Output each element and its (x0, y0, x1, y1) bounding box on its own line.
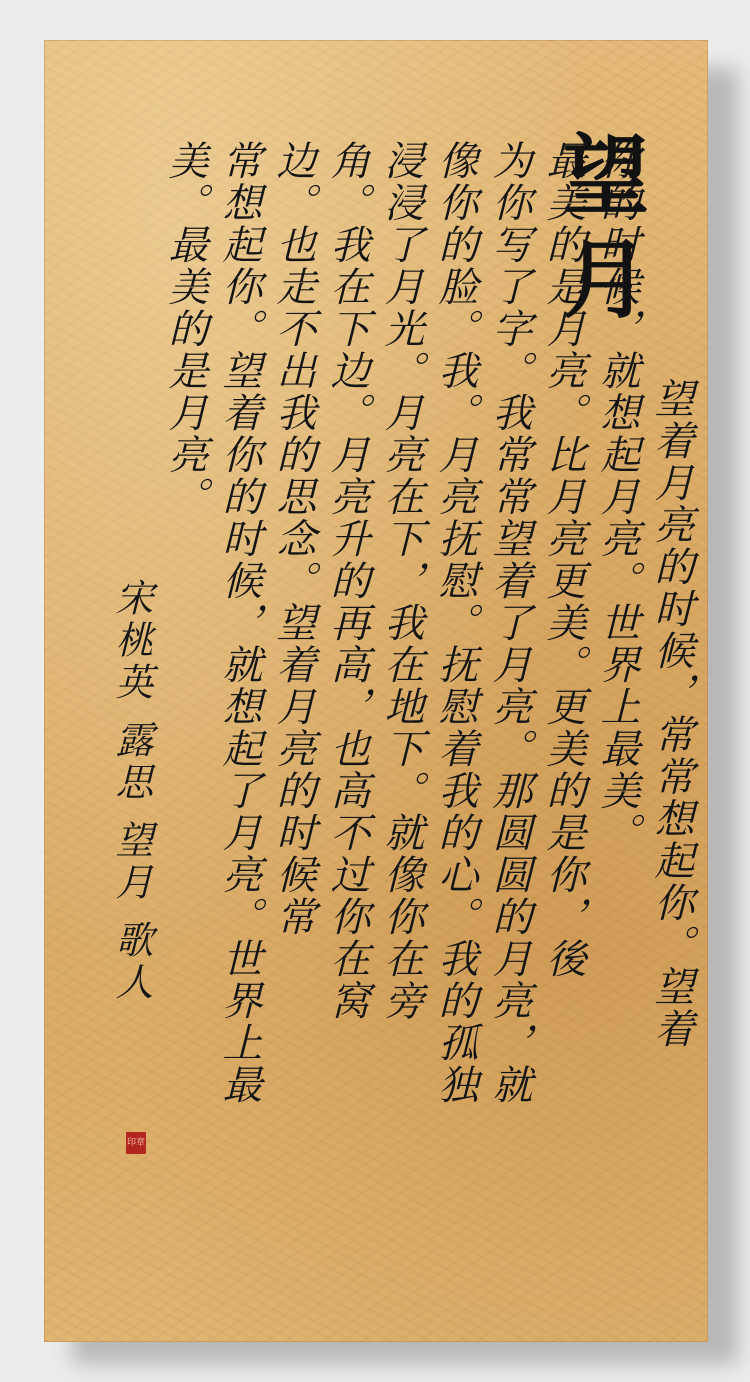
poem-column-6: 浸浸了月光。月亮在下，我在地下。就像你在旁 (374, 140, 428, 1278)
poem-column-8: 边。也走不出我的思念。望着月亮的时候常 (266, 140, 320, 1278)
poem-body: 望着月亮的时候，常常想起你。望着 你的时候，就想起月亮。世界上最美。 最美的是月… (104, 378, 698, 1278)
poem-column-1: 望着月亮的时候，常常想起你。望着 (644, 378, 698, 1278)
poem-column-10: 美。最美的是月亮。 (158, 140, 212, 1278)
artist-signature: 宋桃英 露思 望月 歌人 (104, 578, 158, 1278)
poem-column-5: 像你的脸。我。月亮抚慰。抚慰着我的心。我的孤独 (428, 140, 482, 1278)
red-seal-stamp: 印章 (126, 1132, 146, 1154)
poem-column-3: 最美的是月亮。比月亮更美。更美的是你，後 (536, 140, 590, 1278)
poem-column-4: 为你写了字。我常常望着了月亮。那圆圆的月亮，就 (482, 140, 536, 1278)
poem-column-7: 角。我在下边。月亮升的再高，也高不过你在窝 (320, 140, 374, 1278)
poem-column-2: 你的时候，就想起月亮。世界上最美。 (590, 140, 644, 1278)
poem-column-9: 常想起你。望着你的时候，就想起了月亮。世界上最 (212, 140, 266, 1278)
